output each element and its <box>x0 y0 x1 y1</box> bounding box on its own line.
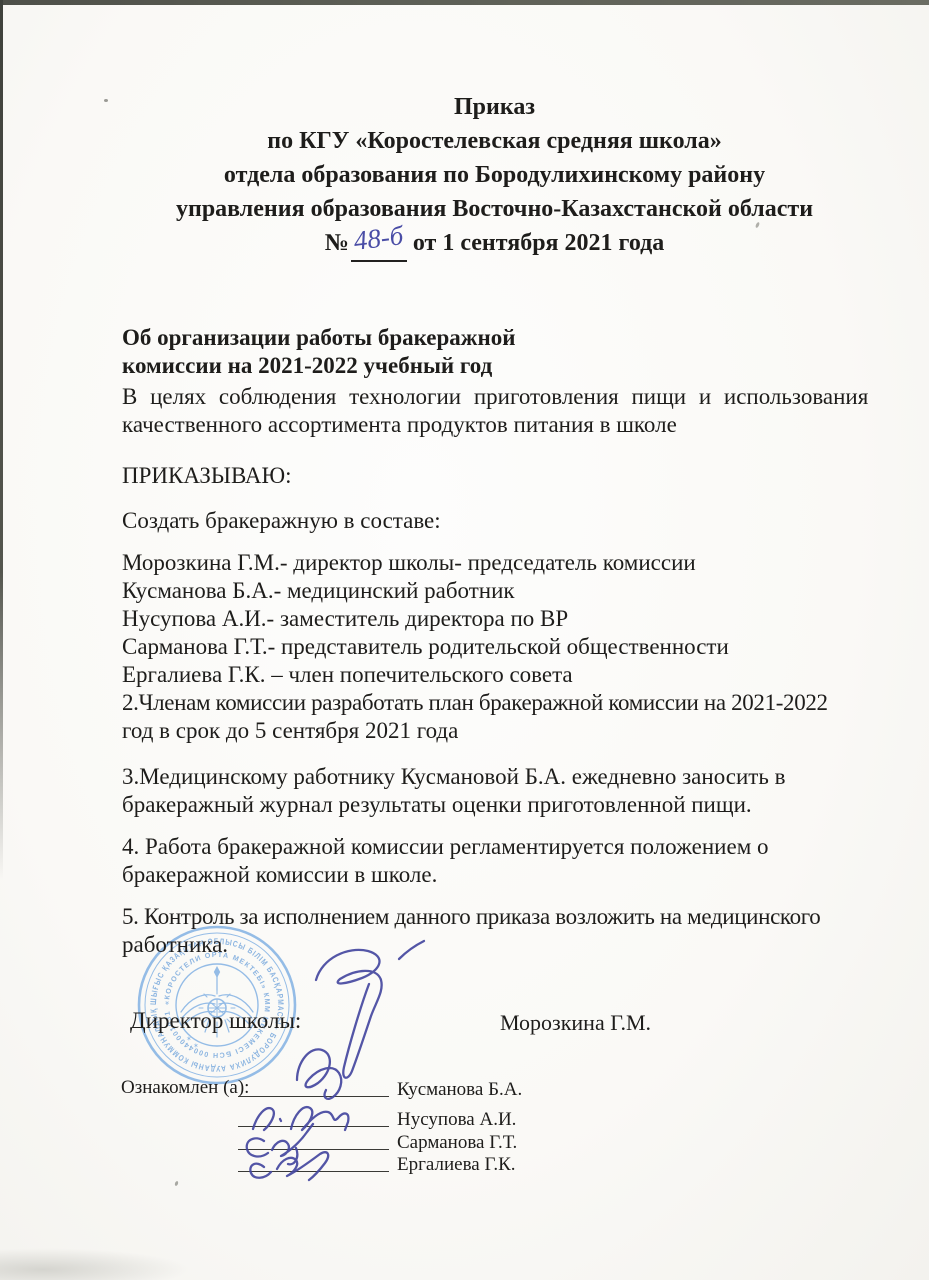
order-header: Приказ по КГУ «Коростелевская средняя шк… <box>122 90 867 262</box>
document-body: Приказ по КГУ «Коростелевская средняя шк… <box>0 0 929 959</box>
acknowledged-name: Нусупова А.И. <box>397 1109 516 1131</box>
handwritten-order-number: 48-б <box>353 225 405 251</box>
subject-line: Об организации работы бракеражной <box>122 324 867 352</box>
order-item-4: 4. Работа бракеражной комиссии регламент… <box>122 833 867 889</box>
order-item-5: 5. Контроль за исполнением данного прика… <box>122 903 867 959</box>
preamble-line: качественного ассортимента продуктов пит… <box>122 411 867 439</box>
scan-speck <box>174 1181 179 1187</box>
acknowledged-name: Сарманова Г.Т. <box>397 1132 517 1154</box>
scan-smudge <box>0 1248 190 1280</box>
item-line: год в срок до 5 сентября 2021 года <box>122 717 867 745</box>
number-sign: № <box>325 230 349 256</box>
order-number-line: №48-бот 1 сентября 2021 года <box>122 226 867 262</box>
commission-members-list: Морозкина Г.М.- директор школы- председа… <box>122 549 867 689</box>
item-line: 2.Членам комиссии разработать план браке… <box>122 689 867 717</box>
order-title: Приказ <box>122 90 867 124</box>
order-org-line: управления образования Восточно-Казахста… <box>122 192 867 226</box>
order-org-line: отдела образования по Бородулихинскому р… <box>122 158 867 192</box>
director-label: Директор школы: <box>130 1008 301 1034</box>
member-line: Кусманова Б.А.- медицинский работник <box>122 577 867 605</box>
order-item-2: 2.Членам комиссии разработать план браке… <box>122 689 867 745</box>
number-blank: 48-б <box>351 226 407 262</box>
signature-kusmanova <box>297 1049 341 1098</box>
order-item-3: 3.Медицинскому работнику Кусмановой Б.А.… <box>122 763 867 819</box>
item-line: 4. Работа бракеражной комиссии регламент… <box>122 833 867 861</box>
signature-line <box>238 1149 389 1150</box>
order-org-line: по КГУ «Коростелевская средняя школа» <box>122 124 867 158</box>
order-subject: Об организации работы бракеражной комисс… <box>122 324 867 380</box>
scanned-order-document: Приказ по КГУ «Коростелевская средняя шк… <box>0 0 929 1280</box>
signature-line <box>238 1126 389 1127</box>
item-line: 3.Медицинскому работнику Кусмановой Б.А.… <box>122 763 867 791</box>
svg-text:✶: ✶ <box>193 1042 199 1050</box>
preamble-line: В целях соблюдения технологии приготовле… <box>122 383 867 411</box>
order-word: ПРИКАЗЫВАЮ: <box>122 462 867 490</box>
item1-intro: Создать бракеражную в составе: <box>122 507 867 535</box>
director-name: Морозкина Г.М. <box>500 1010 651 1036</box>
signature-ergalieva <box>250 1152 328 1180</box>
member-line: Ергалиева Г.К. – член попечительского со… <box>122 661 867 689</box>
acknowledged-name: Ергалиева Г.К. <box>397 1154 516 1176</box>
preamble: В целях соблюдения технологии приготовле… <box>122 383 867 439</box>
director-signature <box>316 950 382 1078</box>
item-line: бракеражный журнал результаты оценки при… <box>122 791 867 819</box>
item-line: работника. <box>122 931 867 959</box>
subject-line: комиссии на 2021-2022 учебный год <box>122 352 867 380</box>
item-line: бракеражной комиссии в школе. <box>122 861 867 889</box>
signature-line <box>238 1096 389 1097</box>
svg-text:✶: ✶ <box>186 1035 192 1043</box>
item-line: 5. Контроль за исполнением данного прика… <box>122 903 867 931</box>
signature-sarmanova <box>247 1124 313 1164</box>
member-line: Морозкина Г.М.- директор школы- председа… <box>122 549 867 577</box>
member-line: Нусупова А.И.- заместитель директора по … <box>122 605 867 633</box>
signature-line <box>238 1171 389 1172</box>
acknowledged-name: Кусманова Б.А. <box>397 1079 522 1101</box>
acknowledgement-label: Ознакомлен (а): <box>121 1077 249 1099</box>
order-date: от 1 сентября 2021 года <box>413 230 664 256</box>
member-line: Сарманова Г.Т.- представитель родительск… <box>122 633 867 661</box>
